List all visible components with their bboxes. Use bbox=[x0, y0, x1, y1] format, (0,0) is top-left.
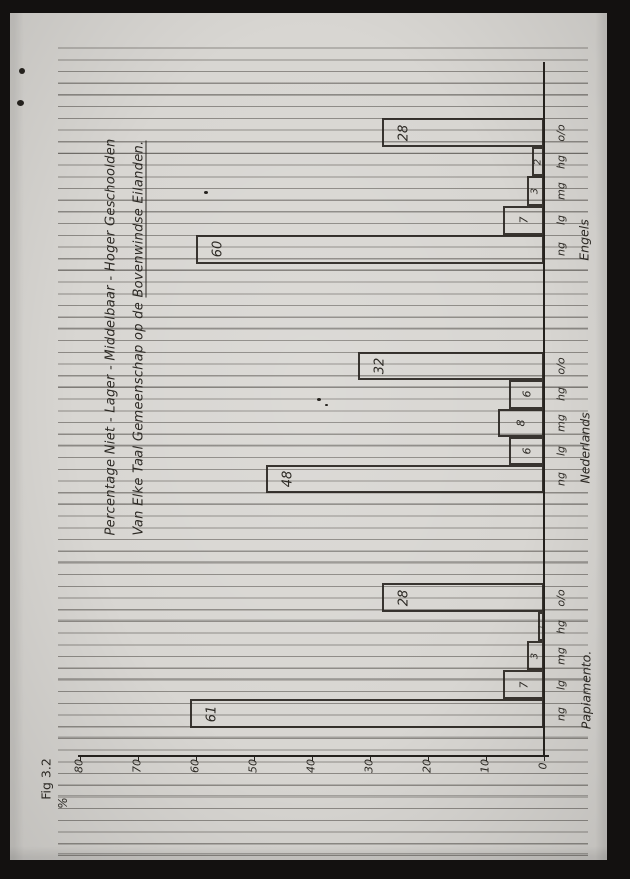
axis-tick-label: 80 bbox=[73, 759, 86, 773]
bar-value-label: 7 bbox=[517, 681, 530, 688]
category-label: hg bbox=[555, 155, 568, 169]
series-label: Nederlands bbox=[578, 412, 593, 483]
value-axis-line bbox=[78, 755, 549, 757]
bar-value-label: 48 bbox=[280, 471, 295, 488]
category-label: lg bbox=[555, 679, 568, 689]
bar-value-label: 2 bbox=[533, 159, 544, 165]
axis-tick-label: 50 bbox=[247, 759, 260, 773]
bar-value-label: 28 bbox=[396, 124, 411, 141]
category-label: o/o bbox=[555, 124, 568, 141]
category-label: mg bbox=[555, 414, 568, 432]
bar-value-label: 3 bbox=[530, 188, 541, 194]
bar-value-label: 3 bbox=[530, 652, 541, 658]
category-label: hg bbox=[555, 387, 568, 401]
series-label: Engels bbox=[577, 219, 592, 260]
axis-tick-label: 40 bbox=[305, 759, 318, 773]
category-label: ng bbox=[555, 242, 568, 256]
axis-tick-label: 20 bbox=[421, 759, 434, 773]
bar-value-label: 6 bbox=[520, 391, 533, 398]
axis-tick-label: 10 bbox=[479, 759, 492, 773]
bar-value-label: 7 bbox=[517, 217, 530, 224]
category-label: hg bbox=[555, 620, 568, 634]
bar-value-label: 28 bbox=[396, 589, 411, 606]
category-label: o/o bbox=[555, 589, 568, 606]
bar-value-label: 6 bbox=[520, 448, 533, 455]
series-label: Papiamento. bbox=[579, 651, 594, 730]
category-label: lg bbox=[555, 446, 568, 456]
category-label: ng bbox=[555, 472, 568, 486]
chart: Percentage Niet - Lager - Middelbaar - H… bbox=[0, 0, 630, 879]
chart-plot-area: 80706050403020100Papiamento.61ng7lg3mg1h… bbox=[0, 0, 630, 879]
bar-value-label: 32 bbox=[373, 358, 388, 375]
bar bbox=[196, 235, 544, 264]
axis-tick-label: 0 bbox=[537, 763, 550, 770]
bar bbox=[190, 699, 544, 728]
bar-value-label: 8 bbox=[514, 419, 527, 426]
axis-tick bbox=[544, 756, 546, 761]
category-label: mg bbox=[555, 647, 568, 665]
photo-stage: Percentage Niet - Lager - Middelbaar - H… bbox=[0, 0, 630, 879]
category-label: lg bbox=[555, 215, 568, 225]
category-label: ng bbox=[555, 707, 568, 721]
axis-tick-label: 30 bbox=[363, 759, 376, 773]
bar-value-label: 1 bbox=[537, 624, 545, 628]
bar-value-label: 61 bbox=[205, 705, 220, 722]
bar-value-label: 60 bbox=[211, 241, 226, 258]
category-label: mg bbox=[555, 182, 568, 200]
axis-tick-label: 70 bbox=[131, 759, 144, 773]
bar bbox=[266, 465, 544, 493]
axis-tick-label: 60 bbox=[189, 759, 202, 773]
category-label: o/o bbox=[555, 358, 568, 375]
